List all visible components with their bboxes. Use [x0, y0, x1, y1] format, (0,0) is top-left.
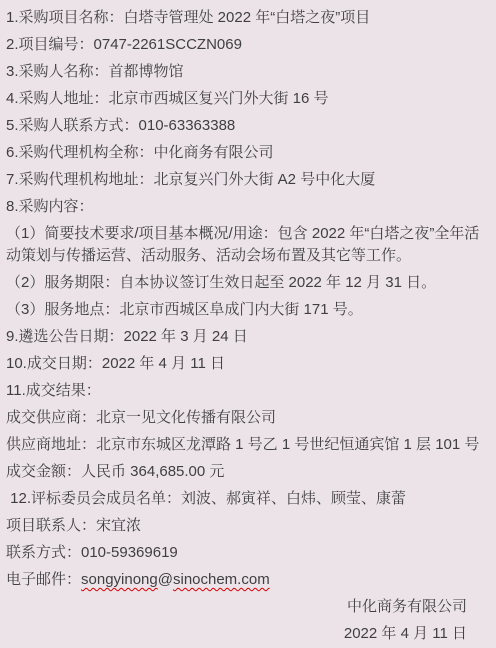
- deal-date-line: 10.成交日期：2022 年 4 月 11 日: [6, 353, 488, 375]
- procurement-announcement-document: 1.采购项目名称：白塔寺管理处 2022 年“白塔之夜”项目 2.项目编号：07…: [0, 0, 496, 648]
- contact-person-line: 项目联系人：宋宜浓: [6, 515, 488, 537]
- purchaser-address-line: 4.采购人地址：北京市西城区复兴门外大街 16 号: [6, 88, 488, 110]
- contact-email-user: songyinong: [81, 571, 158, 588]
- signature-org-line: 中化商务有限公司: [6, 596, 488, 618]
- purchaser-name-line: 3.采购人名称：首都博物馆: [6, 61, 488, 83]
- content-item-service-location: （3）服务地点：北京市西城区阜成门内大街 171 号。: [6, 299, 488, 321]
- contact-email-line: 电子邮件：songyinong@sinochem.com: [6, 569, 488, 591]
- agency-name-line: 6.采购代理机构全称：中化商务有限公司: [6, 142, 488, 164]
- purchaser-contact-line: 5.采购人联系方式：010-63363388: [6, 115, 488, 137]
- project-name-line: 1.采购项目名称：白塔寺管理处 2022 年“白塔之夜”项目: [6, 7, 488, 29]
- content-item-technical-requirements: （1）简要技术要求/项目基本概况/用途：包含 2022 年“白塔之夜”全年活动策…: [6, 223, 488, 267]
- supplier-address-line: 供应商地址：北京市东城区龙潭路 1 号乙 1 号世纪恒通宾馆 1 层 101 号: [6, 434, 488, 456]
- deal-result-heading-line: 11.成交结果：: [6, 380, 488, 402]
- contact-email-label: 电子邮件：: [6, 571, 81, 588]
- announcement-date-line: 9.遴选公告日期：2022 年 3 月 24 日: [6, 326, 488, 348]
- supplier-name-line: 成交供应商：北京一见文化传播有限公司: [6, 407, 488, 429]
- signature-date-line: 2022 年 4 月 11 日: [6, 623, 488, 645]
- project-number-line: 2.项目编号：0747-2261SCCZN069: [6, 34, 488, 56]
- contact-phone-line: 联系方式：010-59369619: [6, 542, 488, 564]
- content-item-service-period: （2）服务期限：自本协议签订生效日起至 2022 年 12 月 31 日。: [6, 272, 488, 294]
- committee-list-line: 12.评标委员会成员名单：刘波、郝寅祥、白炜、顾莹、康蕾: [6, 488, 488, 510]
- content-heading-line: 8.采购内容：: [6, 196, 488, 218]
- contact-email-at: @: [158, 571, 173, 588]
- agency-address-line: 7.采购代理机构地址：北京复兴门外大街 A2 号中化大厦: [6, 169, 488, 191]
- contact-email-domain: sinochem.com: [173, 571, 270, 588]
- deal-amount-line: 成交金额：人民币 364,685.00 元: [6, 461, 488, 483]
